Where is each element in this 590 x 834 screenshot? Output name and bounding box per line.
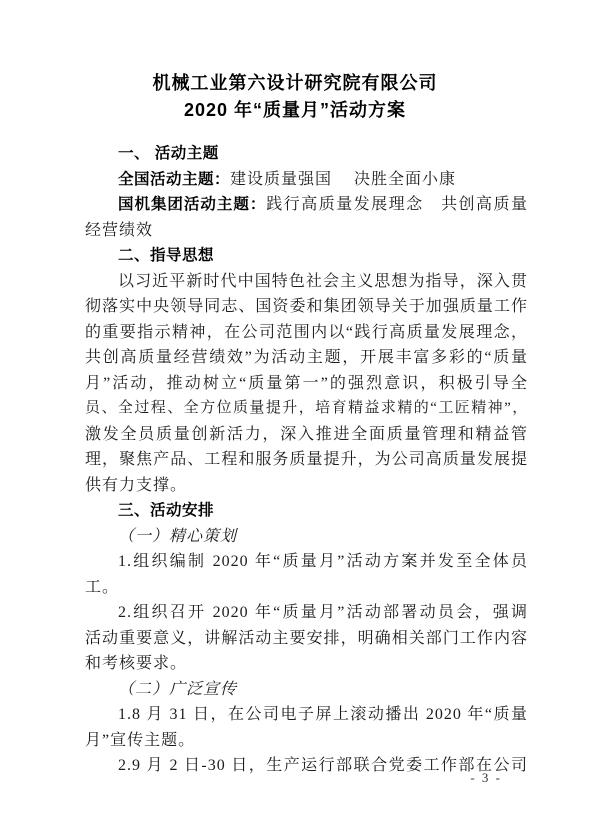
text-run: 激发全员质量创新活力，深入推进全面质量管理和精益管 (85, 426, 528, 443)
text-run: （一）精心策划 (118, 528, 237, 545)
para-publicity-1-line-2: 月”宣传主题。 (85, 728, 528, 754)
document-body: 一、 活动主题全国活动主题：建设质量强国 决胜全面小康国机集团活动主题：践行高质… (85, 141, 528, 779)
text-run: 经营绩效 (85, 222, 153, 239)
para-guiding-line-2: 彻落实中央领导同志、国资委和集团领导关于加强质量工作 (85, 294, 528, 320)
bold-label: 三、活动安排 (118, 502, 214, 519)
text-run: 1.8 月 31 日，在公司电子屏上滚动播出 2020 年“质量 (118, 706, 528, 723)
para-group-theme-cont: 经营绩效 (85, 218, 528, 244)
para-guiding-line-8: 理，聚焦产品、工程和服务质量提升，为公司高质量发展提 (85, 447, 528, 473)
text-run: 月”活动，推动树立“质量第一”的强烈意识，积极引导全 (85, 375, 528, 392)
para-national-theme: 全国活动主题：建设质量强国 决胜全面小康 (85, 167, 528, 193)
para-planning-2-line-1: 2.组织召开 2020 年“质量月”活动部署动员会，强调 (85, 600, 528, 626)
section-heading-2: 二、指导思想 (85, 243, 528, 269)
page-number: - 3 - (470, 770, 502, 786)
section-heading-3: 三、活动安排 (85, 498, 528, 524)
para-guiding-line-9: 供有力支撑。 (85, 473, 528, 499)
para-planning-1-line-2: 工。 (85, 575, 528, 601)
text-run: 和考核要求。 (85, 655, 187, 672)
section-heading-1: 一、 活动主题 (85, 141, 528, 167)
text-run: 的重要指示精神，在公司范围内以“践行高质量发展理念， (85, 324, 528, 341)
text-run: 活动重要意义，讲解活动主要安排，明确相关部门工作内容 (85, 630, 528, 647)
bold-label: 二、指导思想 (118, 247, 214, 264)
document-title-line-1: 机械工业第六设计研究院有限公司 (0, 70, 590, 97)
document-title-line-2: 2020 年“质量月”活动方案 (0, 97, 590, 124)
para-publicity-1-line-1: 1.8 月 31 日，在公司电子屏上滚动播出 2020 年“质量 (85, 702, 528, 728)
text-run: 践行高质量发展理念 共创高质量 (266, 196, 528, 213)
text-run: 共创高质量经营绩效”为活动主题，开展丰富多彩的“质量 (85, 349, 528, 366)
para-guiding-line-3: 的重要指示精神，在公司范围内以“践行高质量发展理念， (85, 320, 528, 346)
para-planning-2-line-2: 活动重要意义，讲解活动主要安排，明确相关部门工作内容 (85, 626, 528, 652)
para-planning-1-line-1: 1.组织编制 2020 年“质量月”活动方案并发至全体员 (85, 549, 528, 575)
text-run: 以习近平新时代中国特色社会主义思想为指导，深入贯 (118, 273, 528, 290)
sub-heading-publicity: （二）广泛宣传 (85, 677, 528, 703)
bold-label: 一、 活动主题 (118, 145, 219, 162)
para-guiding-line-4: 共创高质量经营绩效”为活动主题，开展丰富多彩的“质量 (85, 345, 528, 371)
text-run: 员、全过程、全方位质量提升，培育精益求精的“工匠精神”， (85, 400, 528, 416)
para-publicity-2-line-1: 2.9 月 2 日-30 日，生产运行部联合党委工作部在公司 (85, 753, 528, 779)
text-run: 彻落实中央领导同志、国资委和集团领导关于加强质量工作 (85, 298, 528, 315)
document-title: 机械工业第六设计研究院有限公司 2020 年“质量月”活动方案 (0, 70, 590, 124)
text-run: 理，聚焦产品、工程和服务质量提升，为公司高质量发展提 (85, 451, 528, 468)
text-run: 2.9 月 2 日-30 日，生产运行部联合党委工作部在公司 (118, 757, 528, 774)
text-run: 工。 (85, 579, 119, 596)
text-run: 供有力支撑。 (85, 477, 187, 494)
document-page: 机械工业第六设计研究院有限公司 2020 年“质量月”活动方案 一、 活动主题全… (0, 0, 590, 834)
para-planning-2-line-3: 和考核要求。 (85, 651, 528, 677)
text-run: 建设质量强国 决胜全面小康 (230, 171, 456, 188)
para-guiding-line-1: 以习近平新时代中国特色社会主义思想为指导，深入贯 (85, 269, 528, 295)
bold-label: 全国活动主题： (118, 171, 230, 188)
sub-heading-planning: （一）精心策划 (85, 524, 528, 550)
text-run: （二）广泛宣传 (118, 681, 237, 698)
para-group-theme: 国机集团活动主题：践行高质量发展理念 共创高质量 (85, 192, 528, 218)
text-run: 1.组织编制 2020 年“质量月”活动方案并发至全体员 (118, 553, 528, 570)
text-run: 2.组织召开 2020 年“质量月”活动部署动员会，强调 (118, 604, 528, 621)
para-guiding-line-5: 月”活动，推动树立“质量第一”的强烈意识，积极引导全 (85, 371, 528, 397)
bold-label: 国机集团活动主题： (118, 196, 266, 213)
para-guiding-line-6: 员、全过程、全方位质量提升，培育精益求精的“工匠精神”， (85, 396, 528, 422)
text-run: 月”宣传主题。 (85, 732, 195, 749)
para-guiding-line-7: 激发全员质量创新活力，深入推进全面质量管理和精益管 (85, 422, 528, 448)
